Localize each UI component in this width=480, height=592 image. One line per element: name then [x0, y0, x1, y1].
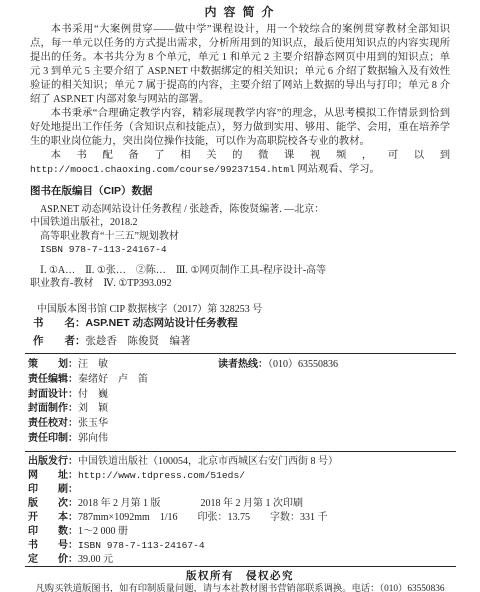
hotline-number: （010）63550836 — [268, 359, 338, 370]
author-row: 作 者：张趁香 陈俊贤 编著 — [33, 333, 238, 351]
cip-classification: Ⅰ. ①A… Ⅱ. ①张… ②陈… Ⅲ. ①网页制作工具-程序设计-高等 职业教… — [30, 264, 454, 291]
staff-row-print-supervisor: 责任印制：郭向伟 — [28, 432, 456, 447]
intro-paragraph-3-text: 本书配备了相关的微课视频，可以到 — [51, 150, 450, 161]
copyright-page: 内 容 简 介 本书采用“大案例贯穿——做中学”课程设计，用一个较综合的案例贯穿… — [0, 0, 480, 592]
intro-paragraph-3: 本书配备了相关的微课视频，可以到 http://mooc1.chaoxing.c… — [30, 149, 450, 177]
staff-row-cover-production: 封面制作：刘 颖 — [28, 402, 456, 417]
book-title-label: 书 名： — [33, 317, 86, 329]
intro-section: 本书采用“大案例贯穿——做中学”课程设计，用一个较综合的案例贯穿教材全部知识点，… — [30, 23, 450, 177]
cip-section: 图书在版编目（CIP）数据 ASP.NET 动态网站设计任务教程 / 张趁香，陈… — [30, 185, 454, 316]
publishing-row-website: 网 址：http://www.tdpress.com/51eds/ — [28, 469, 456, 483]
staff-row-proofreader: 责任校对：张玉华 — [28, 417, 456, 432]
cip-isbn: ISBN 978-7-113-24167-4 — [30, 243, 454, 257]
book-info-section: 书 名：ASP.NET 动态网站设计任务教程 作 者：张趁香 陈俊贤 编著 — [33, 315, 238, 350]
staff-row-editor: 责任编辑：秦绪好 卢 笛 — [28, 373, 456, 388]
publishing-section: 出版发行：中国铁道出版社（100054，北京市西城区右安门西街 8 号） 网 址… — [28, 455, 456, 567]
classification-line: Ⅰ. ①A… Ⅱ. ①张… ②陈… Ⅲ. ①网页制作工具-程序设计-高等 — [30, 264, 454, 278]
intro-paragraph-3-suffix: 网站观看、学习。 — [295, 164, 380, 175]
book-title-row: 书 名：ASP.NET 动态网站设计任务教程 — [33, 315, 238, 333]
page-title: 内 容 简 介 — [0, 3, 480, 20]
divider-rule-middle — [25, 451, 456, 452]
cip-line: ASP.NET 动态网站设计任务教程 / 张趁香，陈俊贤编著. —北京： — [30, 203, 454, 217]
divider-rule-bottom — [25, 566, 456, 567]
book-isbn: ISBN 978-7-113-24167-4 — [78, 540, 205, 551]
publishing-row-price: 定 价：39.00 元 — [28, 553, 456, 567]
copyright-notice: 版权所有 侵权必究 — [0, 568, 480, 583]
cip-line: 中国铁道出版社，2018.2 — [30, 216, 454, 230]
publishing-row-publisher: 出版发行：中国铁道出版社（100054，北京市西城区右安门西街 8 号） — [28, 455, 456, 469]
author-value: 张趁香 陈俊贤 编著 — [86, 336, 191, 347]
staff-section: 策 划：汪 敏 责任编辑：秦绪好 卢 笛 封面设计：付 巍 封面制作：刘 颖 责… — [28, 358, 456, 447]
book-title-value: ASP.NET 动态网站设计任务教程 — [86, 317, 238, 329]
service-notice: 凡购买铁道版图书，如有印制质量问题，请与本社教材图书营销部联系调换。电话：（01… — [0, 583, 480, 592]
reader-hotline: 读者热线：（010）63550836 — [218, 358, 338, 373]
author-label: 作 者： — [33, 335, 86, 347]
publishing-row-print-run: 印 数：1～2 000 册 — [28, 525, 456, 539]
intro-paragraph-1: 本书采用“大案例贯穿——做中学”课程设计，用一个较综合的案例贯穿教材全部知识点，… — [30, 23, 450, 107]
cip-record-number: 中国版本图书馆 CIP 数据核字（2017）第 328253 号 — [30, 303, 454, 317]
classification-line: 职业教育-教材 Ⅳ. ①TP393.092 — [30, 277, 454, 291]
publishing-row-printer: 印 刷： — [28, 483, 456, 497]
cip-line: 高等职业教育“十三五”规划教材 — [30, 230, 454, 244]
publishing-row-edition: 版 次：2018 年 2 月第 1 版 2018 年 2 月第 1 次印刷 — [28, 497, 456, 511]
course-url: http://mooc1.chaoxing.com/course/9923715… — [30, 164, 295, 175]
publishing-row-isbn: 书 号：ISBN 978-7-113-24167-4 — [28, 539, 456, 553]
publishing-row-format: 开 本：787mm×1092mm 1/16 印张：13.75 字数：331 千 — [28, 511, 456, 525]
publisher-url: http://www.tdpress.com/51eds/ — [78, 470, 245, 481]
staff-row-cover-design: 封面设计：付 巍 — [28, 388, 456, 403]
hotline-label: 读者热线： — [218, 359, 268, 370]
intro-paragraph-2: 本书秉承“合理确定教学内容，精彩展现教学内容”的理念，从思考模拟工作情景到恰到好… — [30, 107, 450, 149]
divider-rule-top — [25, 353, 456, 354]
cip-heading: 图书在版编目（CIP）数据 — [30, 185, 454, 199]
